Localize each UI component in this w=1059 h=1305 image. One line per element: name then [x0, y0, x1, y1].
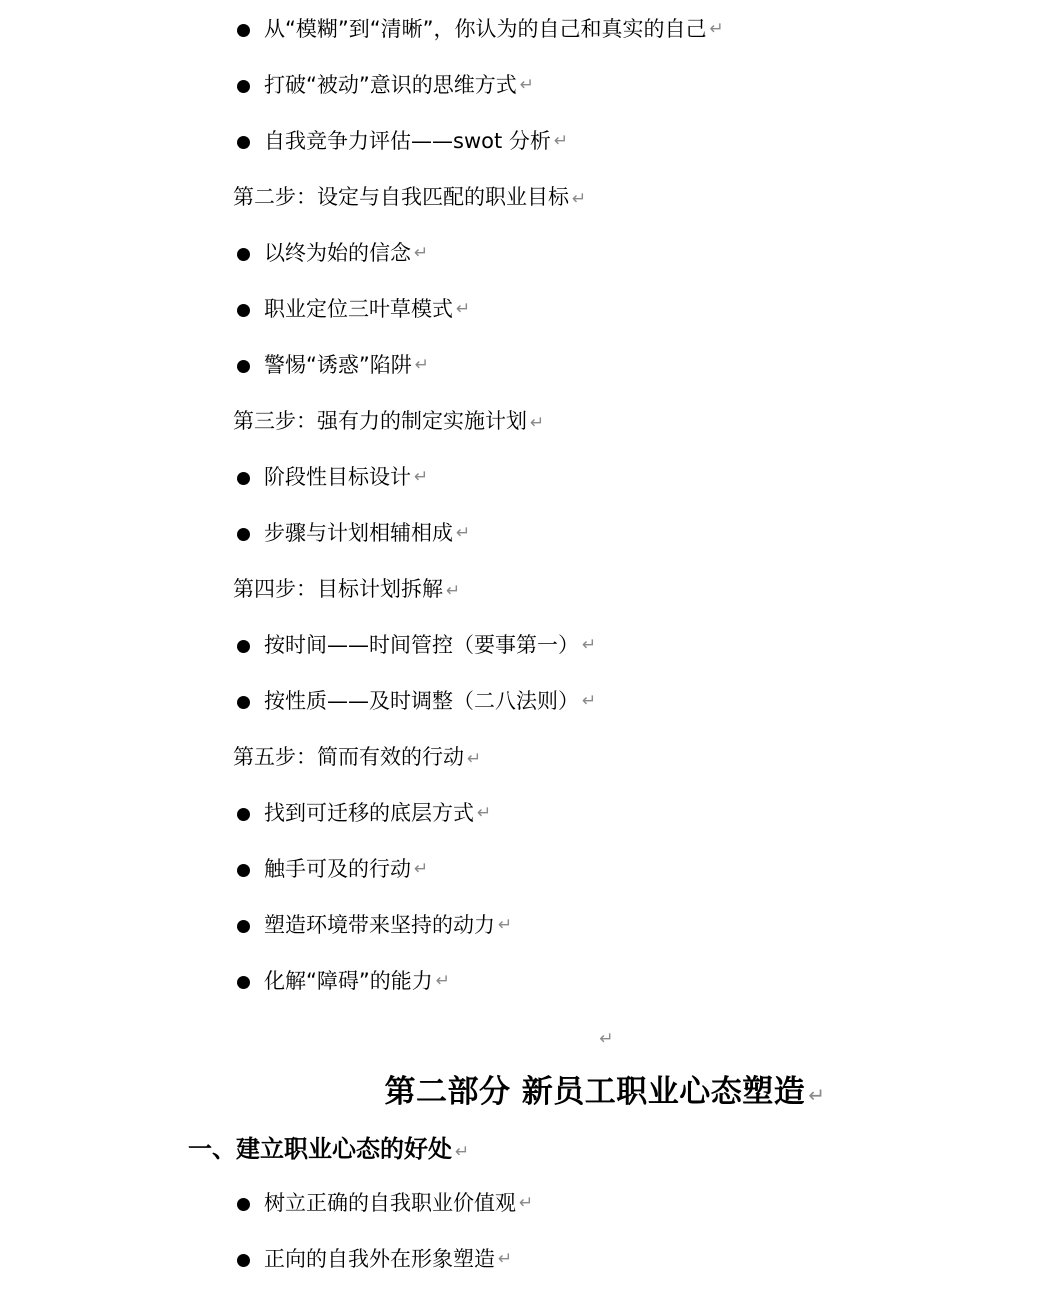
paragraph-mark-icon: ↵	[808, 1083, 825, 1107]
bullet-icon	[237, 864, 250, 877]
paragraph-bullet: 化解“障碍”的能力↵	[188, 968, 1022, 1024]
paragraph-text: 第二部分 新员工职业心态塑造	[384, 1072, 805, 1112]
document-page: 从“模糊”到“清晰”，你认为的自己和真实的自己↵打破“被动”意识的思维方式↵自我…	[0, 0, 1059, 1305]
paragraph-text: 打破“被动”意识的思维方式	[264, 72, 517, 99]
bullet-icon	[237, 696, 250, 709]
paragraph-text: 阶段性目标设计	[264, 464, 411, 491]
paragraph-text: 以终为始的信念	[264, 240, 411, 267]
bullet-icon	[237, 472, 250, 485]
paragraph-mark-icon: ↵	[710, 16, 724, 43]
paragraph-text: 按时间——时间管控（要事第一）	[264, 632, 579, 659]
paragraph-mark-icon: ↵	[414, 856, 428, 883]
paragraph-mark-icon: ↵	[519, 1190, 533, 1217]
paragraph-step: 第五步：简而有效的行动↵	[188, 744, 1022, 800]
paragraph-title: 第二部分 新员工职业心态塑造↵	[188, 1072, 1022, 1134]
paragraph-mark-icon: ↵	[456, 296, 470, 323]
paragraph-bullet: 以终为始的信念↵	[188, 240, 1022, 296]
paragraph-text: 第五步：简而有效的行动	[233, 744, 464, 771]
paragraph-text: 按性质——及时调整（二八法则）	[264, 688, 579, 715]
paragraph-text: 自我竞争力评估——swot 分析	[264, 128, 551, 155]
paragraph-text: 第三步：强有力的制定实施计划	[233, 408, 527, 435]
bullet-icon	[237, 360, 250, 373]
paragraph-step: 第三步：强有力的制定实施计划↵	[188, 408, 1022, 464]
paragraph-bullet: 找到可迁移的底层方式↵	[188, 800, 1022, 856]
paragraph-mark-icon: ↵	[582, 688, 596, 715]
paragraph-mark-icon: ↵	[530, 413, 544, 433]
bullet-icon	[237, 976, 250, 989]
bullet-icon	[237, 808, 250, 821]
paragraph-bullet: 触手可及的行动↵	[188, 856, 1022, 912]
paragraph-step: 第二步：设定与自我匹配的职业目标↵	[188, 184, 1022, 240]
paragraph-text: 警惕“诱惑”陷阱	[264, 352, 412, 379]
paragraph-bullet: 塑造环境带来坚持的动力↵	[188, 912, 1022, 968]
bullet-icon	[237, 248, 250, 261]
bullet-icon	[237, 136, 250, 149]
paragraph-mark-icon: ↵	[572, 189, 586, 209]
paragraph-mark-icon: ↵	[414, 240, 428, 267]
paragraph-text: 一、建立职业心态的好处	[188, 1134, 452, 1164]
bullet-icon	[237, 1198, 250, 1211]
paragraph-mark-icon: ↵	[498, 1246, 512, 1273]
paragraph-text: 正向的自我外在形象塑造	[264, 1246, 495, 1273]
paragraph-text: 从“模糊”到“清晰”，你认为的自己和真实的自己	[264, 16, 707, 43]
bullet-icon	[237, 920, 250, 933]
paragraph-bullet: 按性质——及时调整（二八法则）↵	[188, 688, 1022, 744]
paragraph-bullet: 警惕“诱惑”陷阱↵	[188, 352, 1022, 408]
document-body: 从“模糊”到“清晰”，你认为的自己和真实的自己↵打破“被动”意识的思维方式↵自我…	[188, 0, 1022, 1302]
bullet-icon	[237, 1254, 250, 1267]
paragraph-bullet: 自我竞争力评估——swot 分析↵	[188, 128, 1022, 184]
paragraph-text: 触手可及的行动	[264, 856, 411, 883]
bullet-icon	[237, 528, 250, 541]
paragraph-bullet: 按时间——时间管控（要事第一）↵	[188, 632, 1022, 688]
paragraph-mark-icon: ↵	[455, 1142, 469, 1162]
paragraph-mark-icon: ↵	[414, 464, 428, 491]
paragraph-step: 第四步：目标计划拆解↵	[188, 576, 1022, 632]
paragraph-mark-icon: ↵	[599, 1029, 613, 1049]
paragraph-text: 职业定位三叶草模式	[264, 296, 453, 323]
paragraph-text: 找到可迁移的底层方式	[264, 800, 474, 827]
paragraph-mark-icon: ↵	[436, 968, 450, 995]
paragraph-mark-icon: ↵	[467, 749, 481, 769]
paragraph-bullet: 从“模糊”到“清晰”，你认为的自己和真实的自己↵	[188, 16, 1022, 72]
paragraph-bullet: 步骤与计划相辅相成↵	[188, 520, 1022, 576]
paragraph-mark-icon: ↵	[554, 128, 568, 155]
paragraph-bullet: 阶段性目标设计↵	[188, 464, 1022, 520]
paragraph-bullet: 树立正确的自我职业价值观↵	[188, 1190, 1022, 1246]
paragraph-heading1: 一、建立职业心态的好处↵	[188, 1134, 1022, 1190]
paragraph-mark-icon: ↵	[498, 912, 512, 939]
paragraph-mark-icon: ↵	[520, 72, 534, 99]
paragraph-mark-icon: ↵	[415, 352, 429, 379]
paragraph-text: 树立正确的自我职业价值观	[264, 1190, 516, 1217]
paragraph-mark-icon: ↵	[456, 520, 470, 547]
paragraph-text: 步骤与计划相辅相成	[264, 520, 453, 547]
bullet-icon	[237, 304, 250, 317]
paragraph-text: 第四步：目标计划拆解	[233, 576, 443, 603]
paragraph-bullet: 打破“被动”意识的思维方式↵	[188, 72, 1022, 128]
paragraph-bullet: 职业定位三叶草模式↵	[188, 296, 1022, 352]
paragraph-text: 塑造环境带来坚持的动力	[264, 912, 495, 939]
paragraph-mark-icon: ↵	[582, 632, 596, 659]
paragraph-text: 第二步：设定与自我匹配的职业目标	[233, 184, 569, 211]
paragraph-mark-icon: ↵	[477, 800, 491, 827]
paragraph-mark-icon: ↵	[446, 581, 460, 601]
paragraph-empty-center: ↵	[188, 1024, 1022, 1072]
paragraph-text: 化解“障碍”的能力	[264, 968, 433, 995]
paragraph-bullet: 正向的自我外在形象塑造↵	[188, 1246, 1022, 1302]
bullet-icon	[237, 640, 250, 653]
bullet-icon	[237, 80, 250, 93]
bullet-icon	[237, 24, 250, 37]
